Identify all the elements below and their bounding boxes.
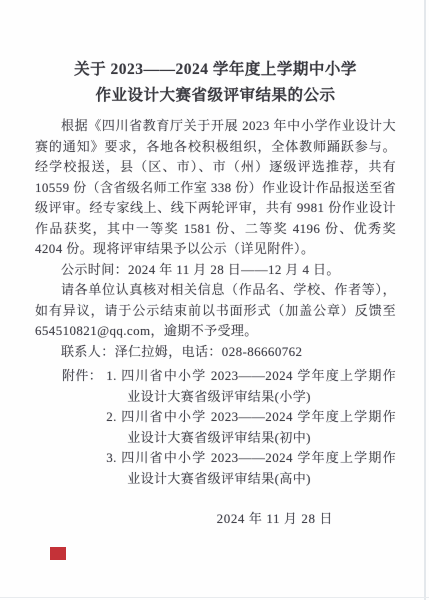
document-title-line1: 关于 2023——2024 学年度上学期中小学 bbox=[35, 57, 396, 83]
red-stamp-mark bbox=[50, 547, 66, 560]
document-title: 关于 2023——2024 学年度上学期中小学 作业设计大赛省级评审结果的公示 bbox=[35, 57, 396, 109]
paragraph-contact: 联系人：泽仁拉姆，电话：028-86660762 bbox=[35, 342, 396, 363]
paragraph-intro: 根据《四川省教育厅关于开展 2023 年中小学作业设计大赛的通知》要求，各地各校… bbox=[35, 116, 396, 260]
attachment-item-high-school: 3. 四川省中小学 2023——2024 学年度上学期作业设计大赛省级评审结果(… bbox=[106, 448, 396, 489]
attachments-list: 1. 四川省中小学 2023——2024 学年度上学期作业设计大赛省级评审结果(… bbox=[106, 366, 396, 489]
attachment-item-middle-school: 2. 四川省中小学 2023——2024 学年度上学期作业设计大赛省级评审结果(… bbox=[106, 407, 396, 448]
document-title-line2: 作业设计大赛省级评审结果的公示 bbox=[35, 83, 396, 109]
page-scan-edge-right bbox=[424, 0, 426, 600]
scanned-document-page: 关于 2023——2024 学年度上学期中小学 作业设计大赛省级评审结果的公示 … bbox=[0, 0, 429, 600]
paragraph-publicity-period: 公示时间：2024 年 11 月 28 日——12 月 4 日。 bbox=[35, 260, 396, 281]
document-date: 2024 年 11 月 28 日 bbox=[35, 509, 396, 530]
attachment-item-primary-school: 1. 四川省中小学 2023——2024 学年度上学期作业设计大赛省级评审结果(… bbox=[106, 366, 396, 407]
page-scan-edge-bottom bbox=[0, 597, 429, 598]
document-body: 关于 2023——2024 学年度上学期中小学 作业设计大赛省级评审结果的公示 … bbox=[35, 57, 396, 530]
attachments-label: 附件： bbox=[35, 366, 102, 489]
paragraph-feedback: 请各单位认真核对相关信息（作品名、学校、作者等），如有异议，请于公示结束前以书面… bbox=[35, 280, 396, 342]
attachments-section: 附件： 1. 四川省中小学 2023——2024 学年度上学期作业设计大赛省级评… bbox=[35, 366, 396, 489]
document-paragraphs: 根据《四川省教育厅关于开展 2023 年中小学作业设计大赛的通知》要求，各地各校… bbox=[35, 116, 396, 362]
